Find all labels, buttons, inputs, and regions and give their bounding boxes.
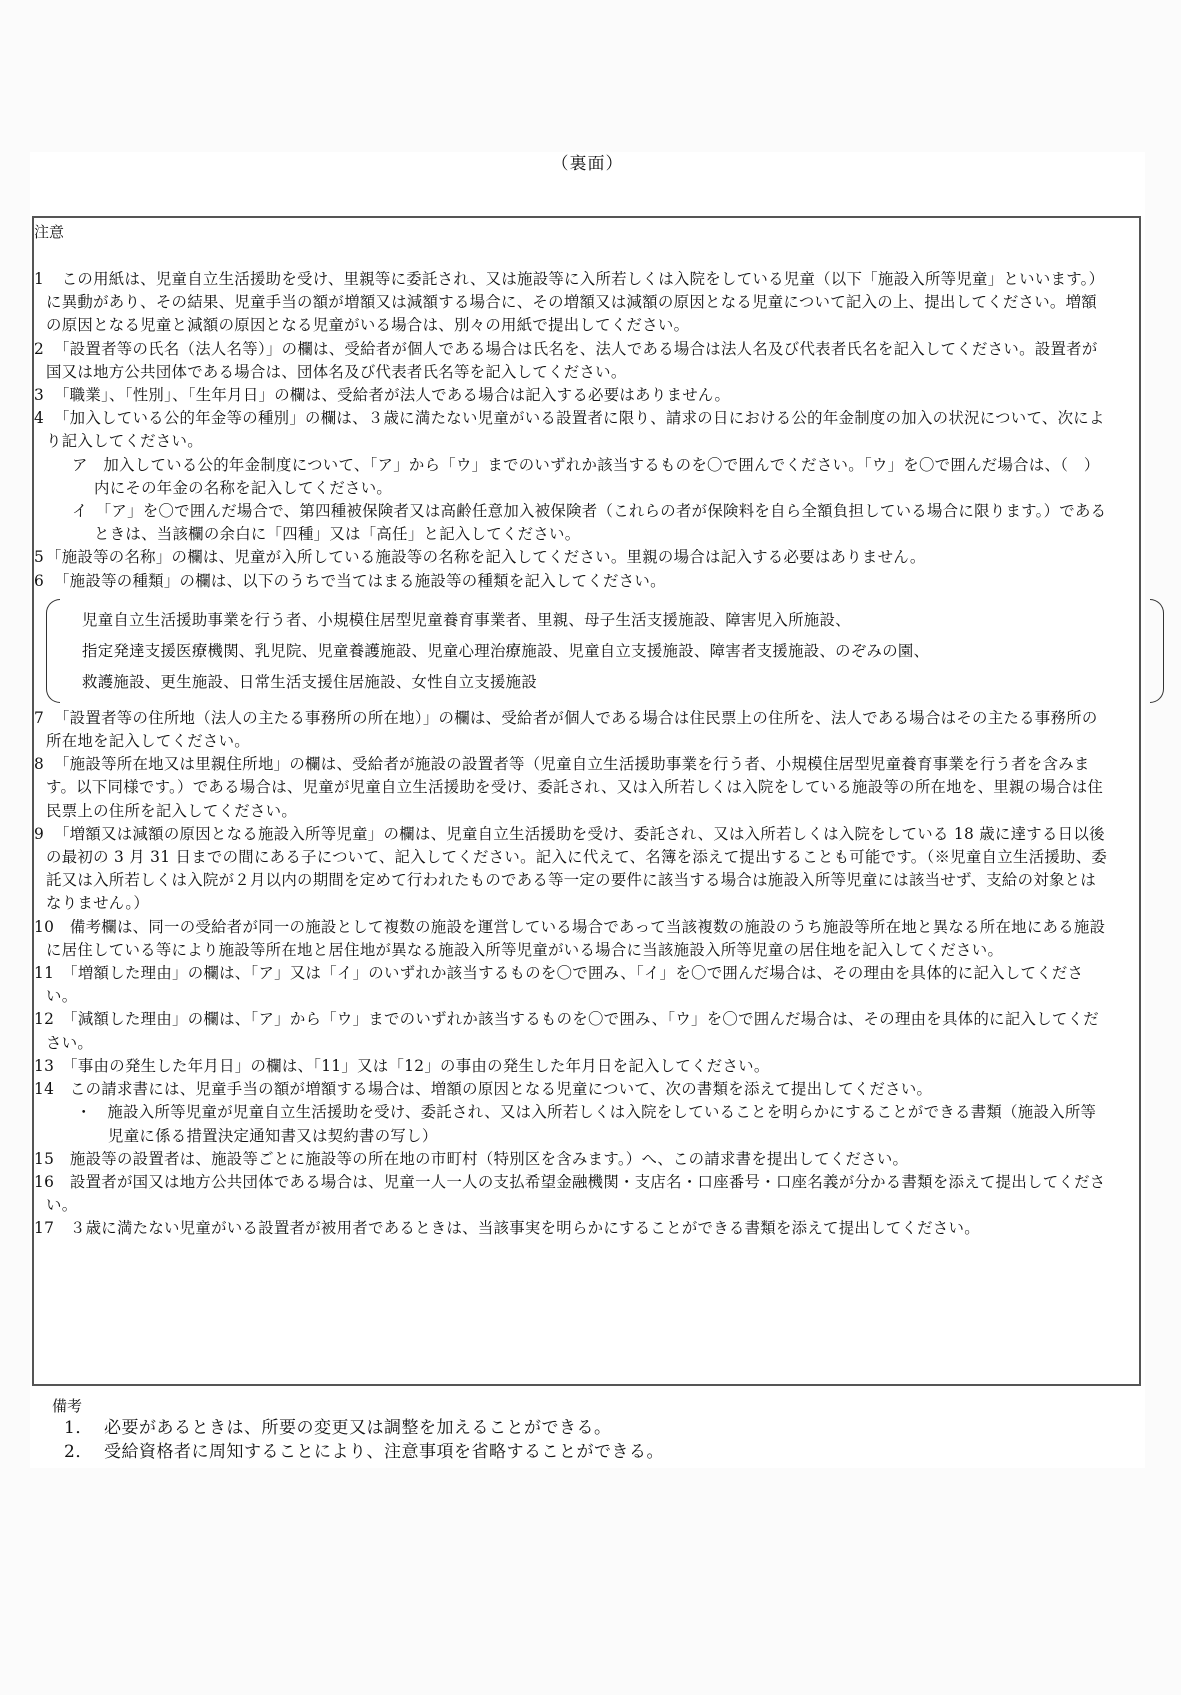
note-text: 「加入している公的年金等の種別」の欄は、３歳に満たない児童がいる設置者に限り、請…: [46, 409, 1105, 450]
note-item-8: 8 「施設等所在地又は里親住所地」の欄は、受給者が施設の設置者等（児童自立生活援…: [34, 753, 1109, 823]
note-item-11: 11 「増額した理由」の欄は、「ア」又は「イ」のいずれか該当するものを〇で囲み、…: [34, 962, 1109, 1008]
facility-line: 救護施設、更生施設、日常生活支援住居施設、女性自立支援施設: [82, 667, 1142, 698]
note-number: 4: [34, 407, 46, 430]
facility-types-bracket: 児童自立生活援助事業を行う者、小規模住居型児童養育事業者、里親、母子生活支援施設…: [46, 599, 1164, 703]
note-number: 15: [34, 1148, 54, 1171]
page-side-label: （裏面）: [30, 152, 1145, 176]
note-4-sub-item-a: ア 加入している公的年金制度について、「ア」から「ウ」までのいずれか該当するもの…: [34, 454, 1109, 500]
sub-item-label: イ: [72, 502, 88, 520]
right-bracket-icon: [1150, 599, 1164, 703]
remarks-text: 必要があるときは、所要の変更又は調整を加えることができる。: [104, 1418, 612, 1438]
note-14-bullet: ・ 施設入所等児童が児童自立生活援助を受け、委託され、又は入所若しくは入院をして…: [34, 1101, 1109, 1147]
note-number: 17: [34, 1217, 54, 1240]
note-item-7: 7 「設置者等の住所地（法人の主たる事務所の所在地）」の欄は、受給者が個人である…: [34, 707, 1109, 753]
note-item-17: 17 ３歳に満たない児童がいる設置者が被用者であるときは、当該事実を明らかにする…: [34, 1217, 1109, 1240]
note-text: 備考欄は、同一の受給者が同一の施設として複数の施設を運営している場合であって当該…: [46, 918, 1105, 959]
note-item-16: 16 設置者が国又は地方公共団体である場合は、児童一人一人の支払希望金融機関・支…: [34, 1171, 1109, 1217]
note-text: この請求書には、児童手当の額が増額する場合は、増額の原因となる児童について、次の…: [54, 1080, 932, 1098]
remarks-text: 受給資格者に周知することにより、注意事項を省略することができる。: [104, 1442, 664, 1462]
note-item-15: 15 施設等の設置者は、施設等ごとに施設等の所在地の市町村（特別区を含みます。）…: [34, 1148, 1109, 1171]
remarks-section: 備考 1．必要があるときは、所要の変更又は調整を加えることができる。 2．受給資…: [52, 1396, 1052, 1464]
note-text: 「設置者等の住所地（法人の主たる事務所の所在地）」の欄は、受給者が個人である場合…: [46, 709, 1098, 750]
note-item-10: 10 備考欄は、同一の受給者が同一の施設として複数の施設を運営している場合であっ…: [34, 916, 1109, 962]
remarks-number: 2．: [64, 1440, 104, 1464]
note-number: 11: [34, 962, 54, 985]
note-text: 「事由の発生した年月日」の欄は、「11」又は「12」の事由の発生した年月日を記入…: [54, 1057, 769, 1075]
note-text: 「職業」、「性別」、「生年月日」の欄は、受給者が法人である場合は記入する必要はあ…: [46, 386, 730, 404]
note-text: 「減額した理由」の欄は、「ア」から「ウ」までのいずれか該当するものを〇で囲み、「…: [46, 1010, 1099, 1051]
notes-title: 注意: [34, 222, 64, 242]
note-text: 「設置者等の氏名（法人名等）」の欄は、受給者が個人である場合は氏名を、法人である…: [46, 340, 1098, 381]
bullet-icon: ・: [76, 1103, 107, 1121]
note-number: 10: [34, 916, 54, 939]
note-item-14: 14 この請求書には、児童手当の額が増額する場合は、増額の原因となる児童について…: [34, 1078, 1109, 1101]
note-text: この用紙は、児童自立生活援助を受け、里親等に委託され、又は施設等に入所若しくは入…: [46, 270, 1104, 334]
note-text: 「施設等所在地又は里親住所地」の欄は、受給者が施設の設置者等（児童自立生活援助事…: [46, 755, 1103, 819]
note-item-9: 9 「増額又は減額の原因となる施設入所等児童」の欄は、児童自立生活援助を受け、委…: [34, 823, 1109, 916]
note-text: 「施設等の名称」の欄は、児童が入所している施設等の名称を記入してください。里親の…: [46, 548, 926, 566]
note-number: 8: [34, 753, 46, 776]
note-text: ３歳に満たない児童がいる設置者が被用者であるときは、当該事実を明らかにすることが…: [54, 1219, 980, 1237]
notes-box: 注意 1 この用紙は、児童自立生活援助を受け、里親等に委託され、又は施設等に入所…: [32, 216, 1141, 1386]
note-text: 設置者が国又は地方公共団体である場合は、児童一人一人の支払希望金融機関・支店名・…: [46, 1173, 1105, 1214]
remarks-number: 1．: [64, 1416, 104, 1440]
note-number: 14: [34, 1078, 54, 1101]
note-item-4: 4 「加入している公的年金等の種別」の欄は、３歳に満たない児童がいる設置者に限り…: [34, 407, 1109, 453]
note-text: 「増額した理由」の欄は、「ア」又は「イ」のいずれか該当するものを〇で囲み、「イ」…: [46, 964, 1083, 1005]
note-number: 12: [34, 1008, 54, 1031]
note-number: 6: [34, 570, 46, 593]
note-item-12: 12 「減額した理由」の欄は、「ア」から「ウ」までのいずれか該当するものを〇で囲…: [34, 1008, 1109, 1054]
note-number: 13: [34, 1055, 54, 1078]
note-4-sub-item-i: イ 「ア」を〇で囲んだ場合で、第四種被保険者又は高齢任意加入被保険者（これらの者…: [34, 500, 1109, 546]
note-number: 1: [34, 268, 46, 291]
note-item-5: 5「施設等の名称」の欄は、児童が入所している施設等の名称を記入してください。里親…: [34, 546, 1109, 569]
note-number: 16: [34, 1171, 54, 1194]
note-item-13: 13 「事由の発生した年月日」の欄は、「11」又は「12」の事由の発生した年月日…: [34, 1055, 1109, 1078]
sub-item-text: 加入している公的年金制度について、「ア」から「ウ」までのいずれか該当するものを〇…: [94, 456, 1100, 497]
facility-line: 児童自立生活援助事業を行う者、小規模住居型児童養育事業者、里親、母子生活支援施設…: [82, 605, 1142, 636]
note-text: 「増額又は減額の原因となる施設入所等児童」の欄は、児童自立生活援助を受け、委託さ…: [46, 825, 1107, 913]
left-bracket-icon: [46, 599, 60, 703]
facility-line: 指定発達支援医療機関、乳児院、児童養護施設、児童心理治療施設、児童自立支援施設、…: [82, 636, 1142, 667]
document-sheet: （裏面） 注意 1 この用紙は、児童自立生活援助を受け、里親等に委託され、又は施…: [30, 152, 1145, 1468]
notes-list: 1 この用紙は、児童自立生活援助を受け、里親等に委託され、又は施設等に入所若しく…: [34, 268, 1109, 1241]
note-text: 施設等の設置者は、施設等ごとに施設等の所在地の市町村（特別区を含みます。）へ、こ…: [54, 1150, 908, 1168]
note-number: 2: [34, 338, 46, 361]
note-item-3: 3 「職業」、「性別」、「生年月日」の欄は、受給者が法人である場合は記入する必要…: [34, 384, 1109, 407]
sub-item-label: ア: [72, 456, 88, 474]
remarks-title: 備考: [52, 1396, 1052, 1416]
note-number: 9: [34, 823, 46, 846]
note-item-1: 1 この用紙は、児童自立生活援助を受け、里親等に委託され、又は施設等に入所若しく…: [34, 268, 1109, 338]
note-number: 3: [34, 384, 46, 407]
sub-item-text: 「ア」を〇で囲んだ場合で、第四種被保険者又は高齢任意加入被保険者（これらの者が保…: [94, 502, 1106, 543]
note-text: 「施設等の種類」の欄は、以下のうちで当てはまる施設等の種類を記入してください。: [46, 572, 666, 590]
note-number: 5: [34, 546, 46, 569]
facility-types-list: 児童自立生活援助事業を行う者、小規模住居型児童養育事業者、里親、母子生活支援施設…: [82, 605, 1142, 698]
remarks-item-2: 2．受給資格者に周知することにより、注意事項を省略することができる。: [52, 1440, 1052, 1464]
bullet-text: 施設入所等児童が児童自立生活援助を受け、委託され、又は入所若しくは入院をしている…: [107, 1103, 1096, 1144]
remarks-item-1: 1．必要があるときは、所要の変更又は調整を加えることができる。: [52, 1416, 1052, 1440]
note-item-2: 2 「設置者等の氏名（法人名等）」の欄は、受給者が個人である場合は氏名を、法人で…: [34, 338, 1109, 384]
note-number: 7: [34, 707, 46, 730]
note-item-6: 6 「施設等の種類」の欄は、以下のうちで当てはまる施設等の種類を記入してください…: [34, 570, 1109, 593]
